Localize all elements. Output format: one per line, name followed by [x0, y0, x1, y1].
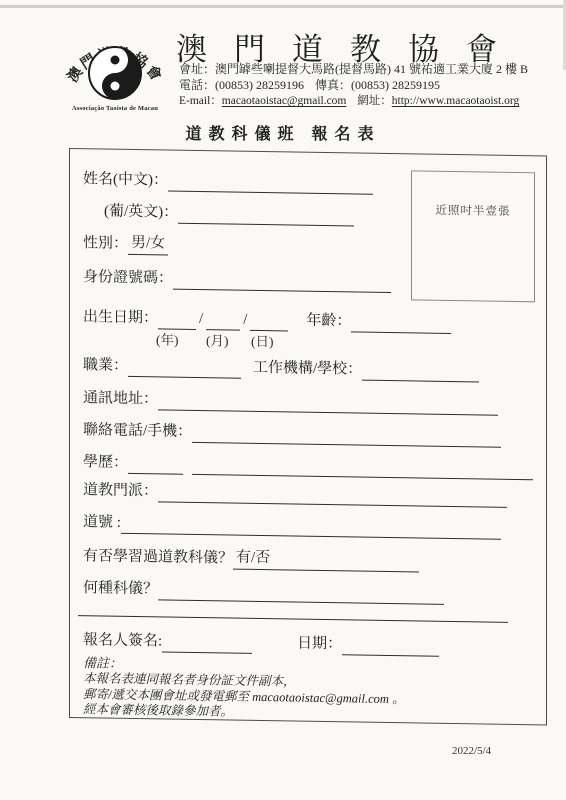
name-cn-label: 姓名(中文)：: [83, 169, 168, 191]
phone-value: (00853) 28259196: [215, 78, 304, 92]
ritual-question-label: 何種科儀？: [83, 578, 158, 600]
note-line-2-prefix: 郵寄/遞交本團會址或發電郵至: [83, 687, 252, 704]
sign-date-label: 日期：: [297, 634, 342, 656]
website-label: 網址：: [357, 95, 392, 107]
phone-label: 電話：: [179, 78, 215, 92]
birth-year-input-line: [158, 310, 196, 330]
education-input-line-short: [128, 455, 183, 475]
signature-input-line: [162, 633, 252, 653]
name-en-label: (葡/英文)：: [104, 202, 178, 224]
field-row-birth-date: 出生日期： / / 年齡：: [83, 307, 533, 335]
email-label: E-mail：: [179, 95, 222, 107]
header-contact-block: 會址：澳門罅些喇提督大馬路(提督馬路) 41 號祐適工業大廈 2 樓 B 電話：…: [179, 61, 559, 109]
id-number-label: 身份證號碼：: [83, 267, 173, 289]
fax-label: 傳真：: [315, 78, 351, 92]
gender-options: 男/女: [128, 233, 168, 256]
field-row-taoist-school: 道教門派：: [83, 480, 533, 508]
field-row-mail-address: 通訊地址：: [83, 388, 533, 416]
logo-subtitle: Associação Taoista de Macau: [62, 105, 168, 112]
registration-form-box: 近照吋半壹張 姓名(中文)： (葡/英文)： 性別： 男/女 身份證號碼： 出生…: [69, 148, 547, 726]
workplace-label: 工作機構/學校：: [253, 358, 362, 381]
field-row-education: 學歷：: [83, 452, 533, 480]
address-value: 澳門罅些喇提督大馬路(提督馬路) 41 號祐適工業大廈 2 樓 B: [215, 62, 528, 76]
studied-question-label: 有否學習過道教科儀？: [83, 546, 233, 569]
email-website-line: E-mail：macaotaoistac@gmail.com 網址：http:/…: [179, 93, 559, 109]
date-stamp: 2022/5/4: [452, 745, 491, 757]
yin-yang-logo-icon: 澳門道教協會: [62, 16, 168, 102]
address-label: 會址：: [179, 62, 215, 76]
birth-date-label: 出生日期：: [83, 307, 158, 329]
note-line-2-email: macaotaoistac@gmail.com: [252, 690, 389, 706]
ritual-type-input-line: [158, 581, 444, 604]
date-slash: /: [196, 309, 206, 330]
mail-address-label: 通訊地址：: [83, 388, 158, 410]
contact-phone-input-line: [192, 424, 501, 448]
age-input-line: [351, 313, 451, 334]
education-label: 學歷：: [83, 452, 128, 474]
sign-date-input-line: [342, 636, 439, 657]
unit-day-label: (日): [251, 334, 274, 350]
contact-phone-label: 聯絡電話/手機：: [83, 420, 192, 443]
website-link: http://www.macaotaoist.org: [392, 95, 519, 107]
birth-day-input-line: [250, 312, 288, 332]
occupation-input-line: [128, 358, 241, 379]
field-row-signature-date: 報名人簽名: 日期：: [83, 630, 533, 658]
email-link: macaotaoistac@gmail.com: [222, 95, 347, 107]
taoist-school-label: 道教門派：: [83, 480, 158, 502]
name-en-input-line: [178, 205, 354, 227]
field-row-ritual-type: 何種科儀？: [83, 578, 533, 606]
date-slash: /: [240, 310, 250, 331]
ritual-type-continuation-line: [78, 615, 508, 623]
association-logo: 澳門道教協會 Associação Taoista de Macau: [62, 16, 168, 112]
date-unit-hints: (年) (月) (日): [70, 149, 546, 156]
note-line-2-suffix: 。: [389, 692, 405, 706]
name-cn-input-line: [168, 173, 373, 195]
phone-fax-line: 電話：(00853) 28259196 傳真：(00853) 28259195: [179, 77, 559, 93]
field-row-taoist-name: 道號 :: [83, 512, 533, 540]
unit-month-label: (月): [206, 333, 229, 349]
workplace-input-line: [362, 362, 479, 383]
studied-input-line: [273, 551, 419, 572]
occupation-label: 職業：: [83, 355, 128, 377]
scan-edge-top: [0, 5, 566, 8]
taoist-school-input-line: [158, 483, 507, 507]
taoist-name-label: 道號 :: [83, 512, 121, 534]
fax-value: (00853) 28259195: [351, 78, 440, 92]
form-title: 道教科儀班 報名表: [0, 121, 566, 144]
mail-address-input-line: [158, 391, 498, 415]
address-line: 會址：澳門罅些喇提督大馬路(提督馬路) 41 號祐適工業大廈 2 樓 B: [179, 61, 559, 77]
scanned-form-page: { "header": { "logo": { "arc_text": "澳門道…: [0, 0, 566, 800]
gender-label: 性別：: [83, 233, 128, 255]
field-row-contact-phone: 聯絡電話/手機：: [83, 420, 533, 448]
unit-year-label: (年): [156, 332, 179, 348]
education-input-line-long: [192, 456, 533, 480]
birth-month-input-line: [206, 311, 240, 331]
taoist-name-input-line: [121, 515, 501, 540]
signature-label: 報名人簽名:: [83, 630, 162, 652]
studied-options: 有/否: [233, 548, 273, 571]
field-row-studied-ritual: 有否學習過道教科儀？ 有/否: [83, 546, 533, 574]
age-label: 年齡：: [306, 311, 351, 333]
field-row-occupation: 職業： 工作機構/學校：: [83, 355, 533, 383]
id-number-input-line: [173, 271, 391, 293]
